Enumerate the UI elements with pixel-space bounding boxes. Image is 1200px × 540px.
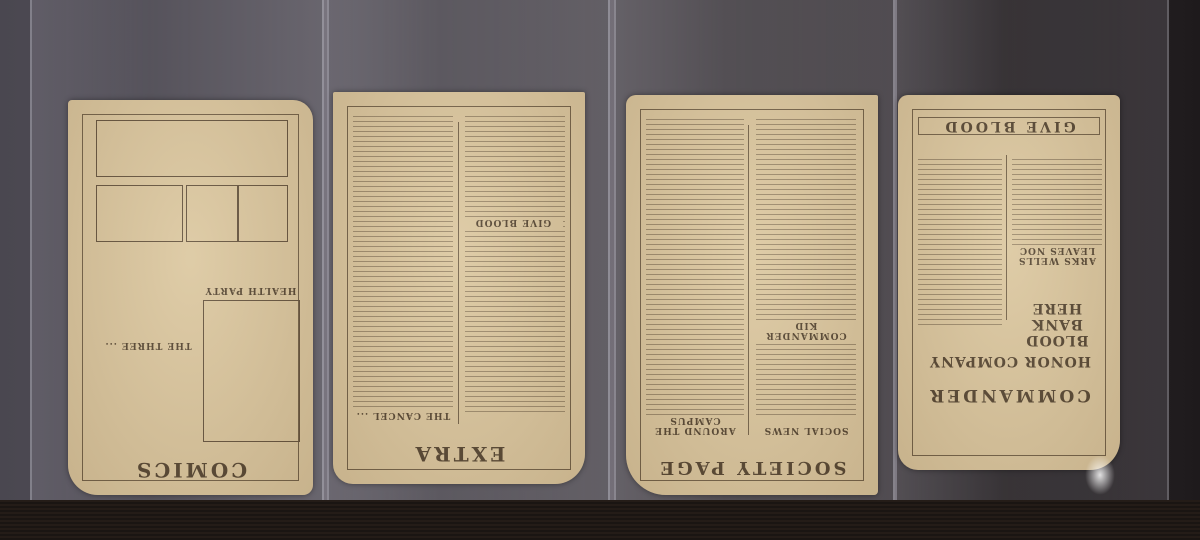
page-headline: EXTRA [333, 442, 585, 466]
newspaper-page-commander: GIVE BLOOD ARKS WELLS LEAVES NOC BLOOD B… [898, 95, 1120, 470]
page-headline: COMICS [68, 458, 313, 482]
newspaper-page-extra: GIVE BLOOD THE CANCEL ... EXTRA [333, 92, 585, 484]
section-label: SOCIAL NEWS [756, 425, 856, 435]
page-headline: COMMANDER [898, 385, 1120, 405]
section-label: BLOOD BANK HERE [1012, 300, 1102, 348]
comic-caption: HEALTH PARTY [203, 285, 298, 295]
newspaper-page-society: COMMANDER KID AROUND THE CAMPUS SOCIAL N… [626, 95, 878, 495]
page-headline: SOCIETY PAGE [626, 457, 878, 478]
section-label: GIVE BLOOD [463, 217, 563, 227]
section-label: ARKS WELLS LEAVES NOC [1012, 245, 1102, 265]
newspaper-page-comics: HEALTH PARTY THE THREE ... COMICS [68, 100, 313, 495]
section-label: THE CANCEL ... [353, 410, 453, 420]
comic-caption: THE THREE ... [98, 340, 198, 350]
section-label: COMMANDER KID [756, 320, 856, 340]
banner-headline: GIVE BLOOD [918, 117, 1100, 135]
section-label: AROUND THE CAMPUS [646, 415, 744, 435]
light-reflection [1085, 455, 1115, 495]
table-surface [0, 500, 1200, 540]
section-label: HONOR COMPANY [918, 353, 1102, 369]
